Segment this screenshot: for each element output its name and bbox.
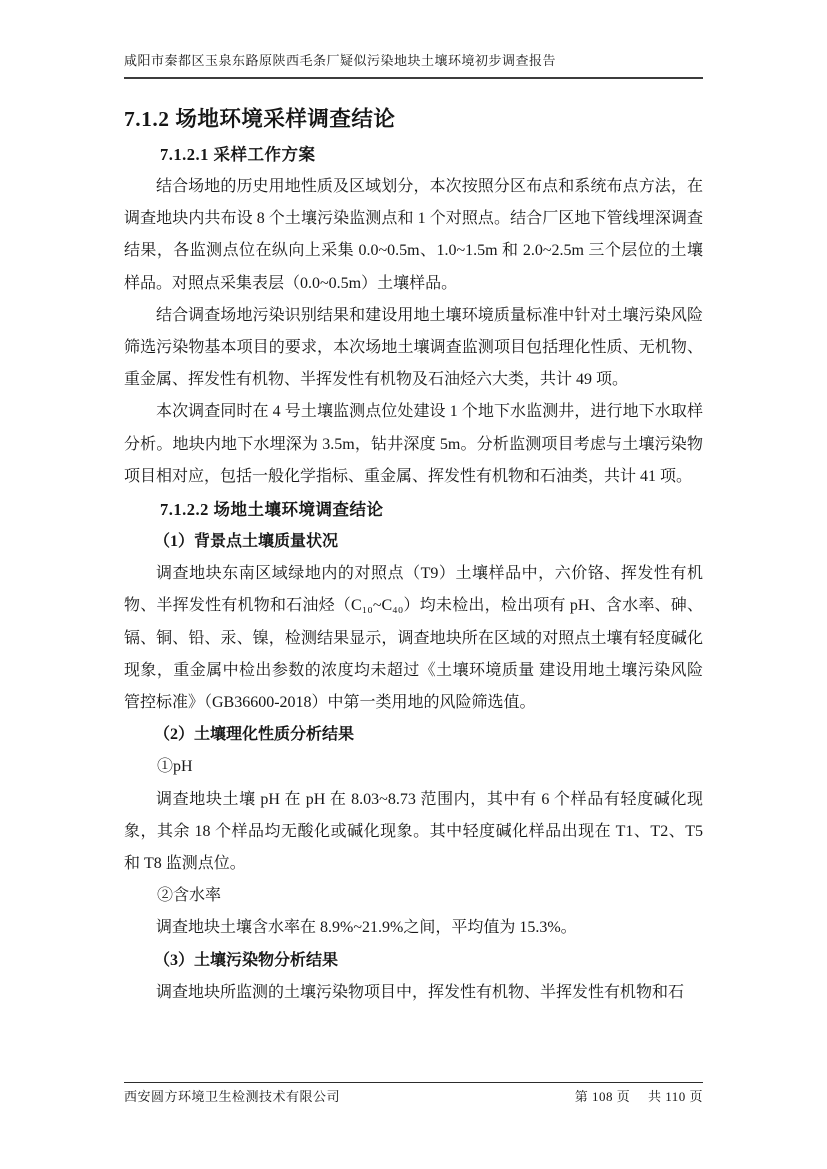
paragraph-sampling-layout: 结合场地的历史用地性质及区域划分，本次按照分区布点和系统布点方法，在调查地块内共… — [124, 171, 703, 300]
item-heading-pollutants: （3）土壤污染物分析结果 — [124, 945, 703, 977]
page-footer: 西安圆方环境卫生检测技术有限公司 第 108 页 共 110 页 — [124, 1082, 703, 1105]
item-heading-physicochemical: （2）土壤理化性质分析结果 — [124, 719, 703, 751]
paragraph-groundwater-well: 本次调查同时在 4 号土壤监测点位处建设 1 个地下水监测井，进行地下水取样分析… — [124, 396, 703, 493]
document-page: 咸阳市秦都区玉泉东路原陕西毛条厂疑似污染地块土壤环境初步调查报告 7.1.2 场… — [0, 0, 827, 1169]
subsection-heading-7-1-2-1: 7.1.2.1 采样工作方案 — [124, 138, 703, 171]
paragraph-moisture-results: 调查地块土壤含水率在 8.9%~21.9%之间，平均值为 15.3%。 — [124, 912, 703, 944]
paragraph-background-point: 调查地块东南区域绿地内的对照点（T9）土壤样品中，六价铬、挥发性有机物、半挥发性… — [124, 558, 703, 719]
running-header: 咸阳市秦都区玉泉东路原陕西毛条厂疑似污染地块土壤环境初步调查报告 — [124, 52, 703, 79]
footer-total-pages: 共 110 页 — [648, 1089, 703, 1104]
footer-row: 西安圆方环境卫生检测技术有限公司 第 108 页 共 110 页 — [124, 1088, 703, 1105]
subsection-heading-7-1-2-2: 7.1.2.2 场地土壤环境调查结论 — [124, 493, 703, 526]
sub-item-heading-ph: ①pH — [124, 751, 703, 783]
paragraph-pollutants-results: 调查地块所监测的土壤污染物项目中，挥发性有机物、半挥发性有机物和石 — [124, 977, 703, 1009]
running-header-title: 咸阳市秦都区玉泉东路原陕西毛条厂疑似污染地块土壤环境初步调查报告 — [124, 53, 556, 68]
paragraph-ph-results: 调查地块土壤 pH 在 pH 在 8.03~8.73 范围内，其中有 6 个样品… — [124, 784, 703, 881]
footer-page-numbers: 第 108 页 共 110 页 — [575, 1088, 703, 1105]
section-heading-7-1-2: 7.1.2 场地环境采样调查结论 — [124, 100, 703, 138]
document-body: 7.1.2 场地环境采样调查结论 7.1.2.1 采样工作方案 结合场地的历史用… — [124, 86, 703, 1009]
footer-current-page: 第 108 页 — [575, 1089, 631, 1104]
item-heading-background-point: （1）背景点土壤质量状况 — [124, 526, 703, 558]
sub-item-heading-moisture: ②含水率 — [124, 880, 703, 912]
paragraph-monitoring-items: 结合调查场地污染识别结果和建设用地土壤环境质量标准中针对土壤污染风险筛选污染物基… — [124, 300, 703, 397]
footer-company-name: 西安圆方环境卫生检测技术有限公司 — [124, 1088, 340, 1105]
